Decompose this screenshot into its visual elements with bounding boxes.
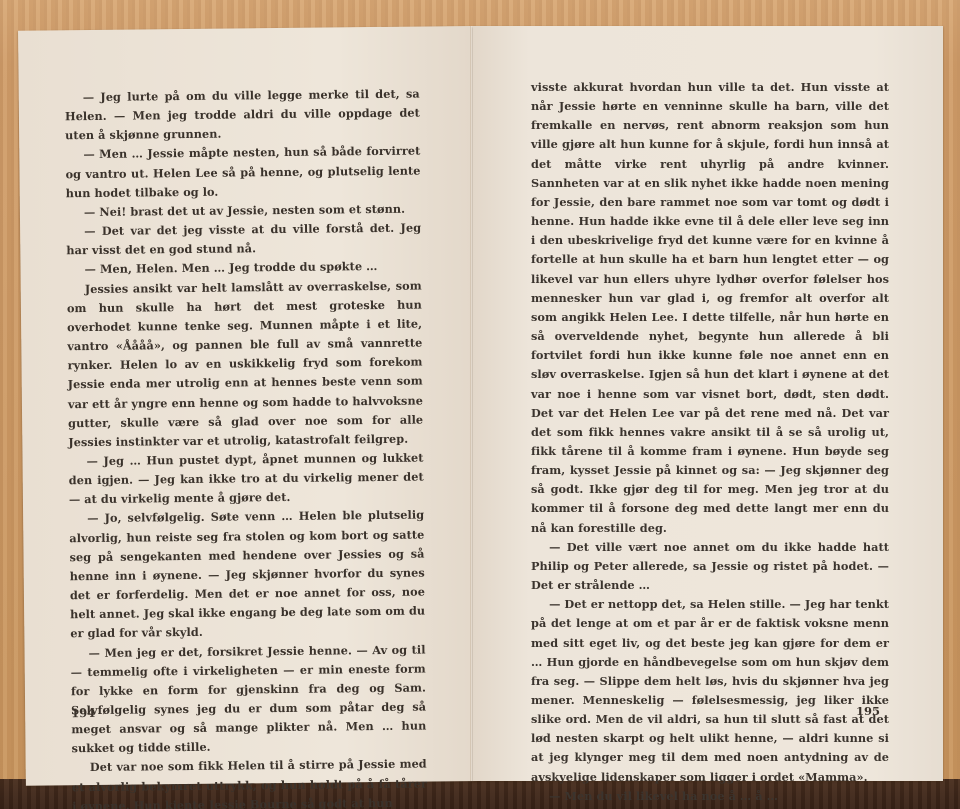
- paragraph: Det var noe som fikk Helen til å stirre …: [72, 755, 428, 809]
- right-page-text: visste akkurat hvordan hun ville ta det.…: [531, 78, 889, 806]
- page-number-right: 195: [856, 704, 880, 718]
- paragraph: — Jeg … Hun pustet dypt, åpnet munnen og…: [68, 448, 424, 509]
- paragraph: — Det var det jeg visste at du ville for…: [66, 219, 421, 261]
- paragraph: Jessies ansikt var helt lamslått av over…: [67, 276, 424, 452]
- right-page: visste akkurat hvordan hun ville ta det.…: [473, 26, 943, 781]
- paragraph: — Men jeg er det, forsikret Jessie henne…: [70, 640, 426, 759]
- paragraph: — Det er nettopp det, sa Helen stille. —…: [531, 595, 889, 787]
- paragraph: — Men … Jessie måpte nesten, hun så både…: [65, 142, 421, 203]
- paragraph: — Jo, selvfølgelig. Søte venn … Helen bl…: [69, 506, 425, 644]
- paragraph: — Jeg lurte på om du ville legge merke t…: [65, 85, 421, 146]
- paragraph: — Men du vil likevel ha noe å … å …: [531, 787, 889, 806]
- open-book: — Jeg lurte på om du ville legge merke t…: [18, 26, 943, 781]
- paragraph: visste akkurat hvordan hun ville ta det.…: [531, 78, 889, 538]
- left-page-text: — Jeg lurte på om du ville legge merke t…: [65, 85, 428, 809]
- page-number-left: 194: [71, 706, 95, 720]
- left-page: — Jeg lurte på om du ville legge merke t…: [18, 26, 479, 786]
- paragraph: — Det ville vært noe annet om du ikke ha…: [531, 538, 889, 595]
